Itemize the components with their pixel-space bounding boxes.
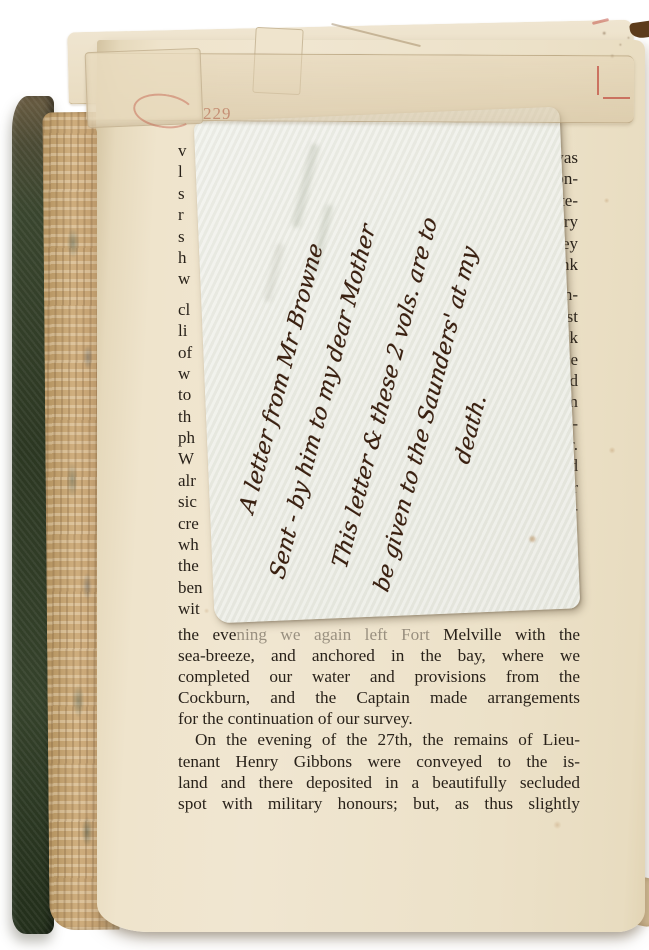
printed-line: Cockburn, and the Captain made arrangeme… (178, 687, 580, 708)
text-fragment: sic (178, 491, 208, 512)
red-pencil-mark-horizontal (603, 97, 630, 99)
line-part-faded: ning we again left Fort (236, 625, 429, 644)
manuscript-inscription: A letter from Mr Browne Sent - by him to… (210, 106, 563, 624)
line-part: Melville with the (430, 625, 580, 644)
text-fragment: ben (178, 577, 208, 598)
text-fragment: W (178, 448, 208, 469)
red-pencil-mark-vertical (597, 66, 599, 95)
text-fragment: ph (178, 427, 208, 448)
text-fragment: cre (178, 513, 208, 534)
foxing-spot (529, 536, 535, 542)
printed-line: for the continuation of our survey. (178, 708, 580, 729)
printed-line: completed our water and provisions from … (178, 666, 580, 687)
text-fragment: th (178, 406, 208, 427)
printed-line: On the evening of the 27th, the remains … (178, 729, 580, 750)
printed-line: land and there deposited in a beautifull… (178, 772, 580, 793)
printed-line: sea-breeze, and anchored in the bay, whe… (178, 645, 580, 666)
printed-paragraphs: the evening we again left Fort Melville … (178, 624, 580, 814)
text-fragment: wh (178, 534, 208, 555)
text-fragment: wit (178, 598, 208, 619)
text-fragment: the (178, 555, 208, 576)
text-fragment: to (178, 384, 208, 405)
printed-line: the evening we again left Fort Melville … (178, 624, 580, 645)
tipped-in-note: A letter from Mr Browne Sent - by him to… (194, 107, 581, 624)
book-photograph: 229 v l s r s h w cl li of w to th ph W … (0, 0, 649, 950)
printed-line: tenant Henry Gibbons were conveyed to th… (178, 751, 580, 772)
text-fragment: alr (178, 470, 208, 491)
printed-line: spot with military honours; but, as thus… (178, 793, 580, 814)
line-part: the eve (178, 625, 236, 644)
